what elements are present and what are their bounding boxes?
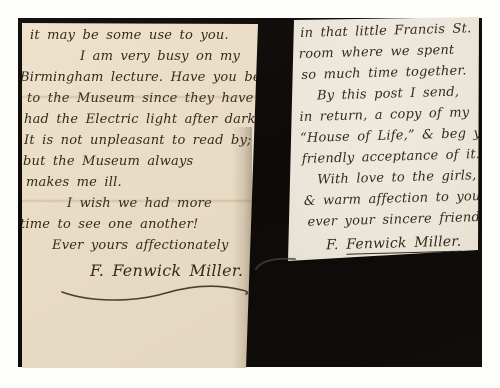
handwriting-line: but the Museum always — [23, 151, 258, 172]
handwriting-line: ever your sincere friend, — [307, 207, 483, 233]
handwriting-line: Ever yours affectionately — [52, 235, 258, 256]
letter-page-left: it may be some use to you. I am very bus… — [22, 23, 258, 368]
handwriting-line: I am very busy on my — [80, 46, 258, 67]
signature-prefix: F. — [326, 237, 346, 254]
paper-crease — [22, 199, 258, 203]
signature-name: Fenwick Miller. — [346, 234, 462, 255]
handwriting-line: had the Electric light after dark? — [24, 109, 258, 130]
letter-photograph: it may be some use to you. I am very bus… — [0, 0, 500, 388]
right-page-text: in that little Francis St. room where we… — [288, 12, 486, 256]
handwriting-line: time to see one another! — [20, 214, 258, 235]
page-curl-shadow — [253, 253, 299, 273]
left-page-text: it may be some use to you. I am very bus… — [22, 23, 258, 283]
letter-page-right: in that little Francis St. room where we… — [288, 17, 479, 262]
signature-flourish — [58, 281, 254, 305]
handwriting-line: it may be some use to you. — [30, 25, 258, 46]
handwriting-line: makes me ill. — [26, 172, 258, 193]
handwriting-line: It is not unpleasant to read by; — [24, 130, 258, 151]
handwriting-line: Birmingham lecture. Have you been — [20, 67, 258, 88]
paper-crease — [22, 95, 258, 99]
handwriting-line: I wish we had more — [67, 193, 258, 214]
